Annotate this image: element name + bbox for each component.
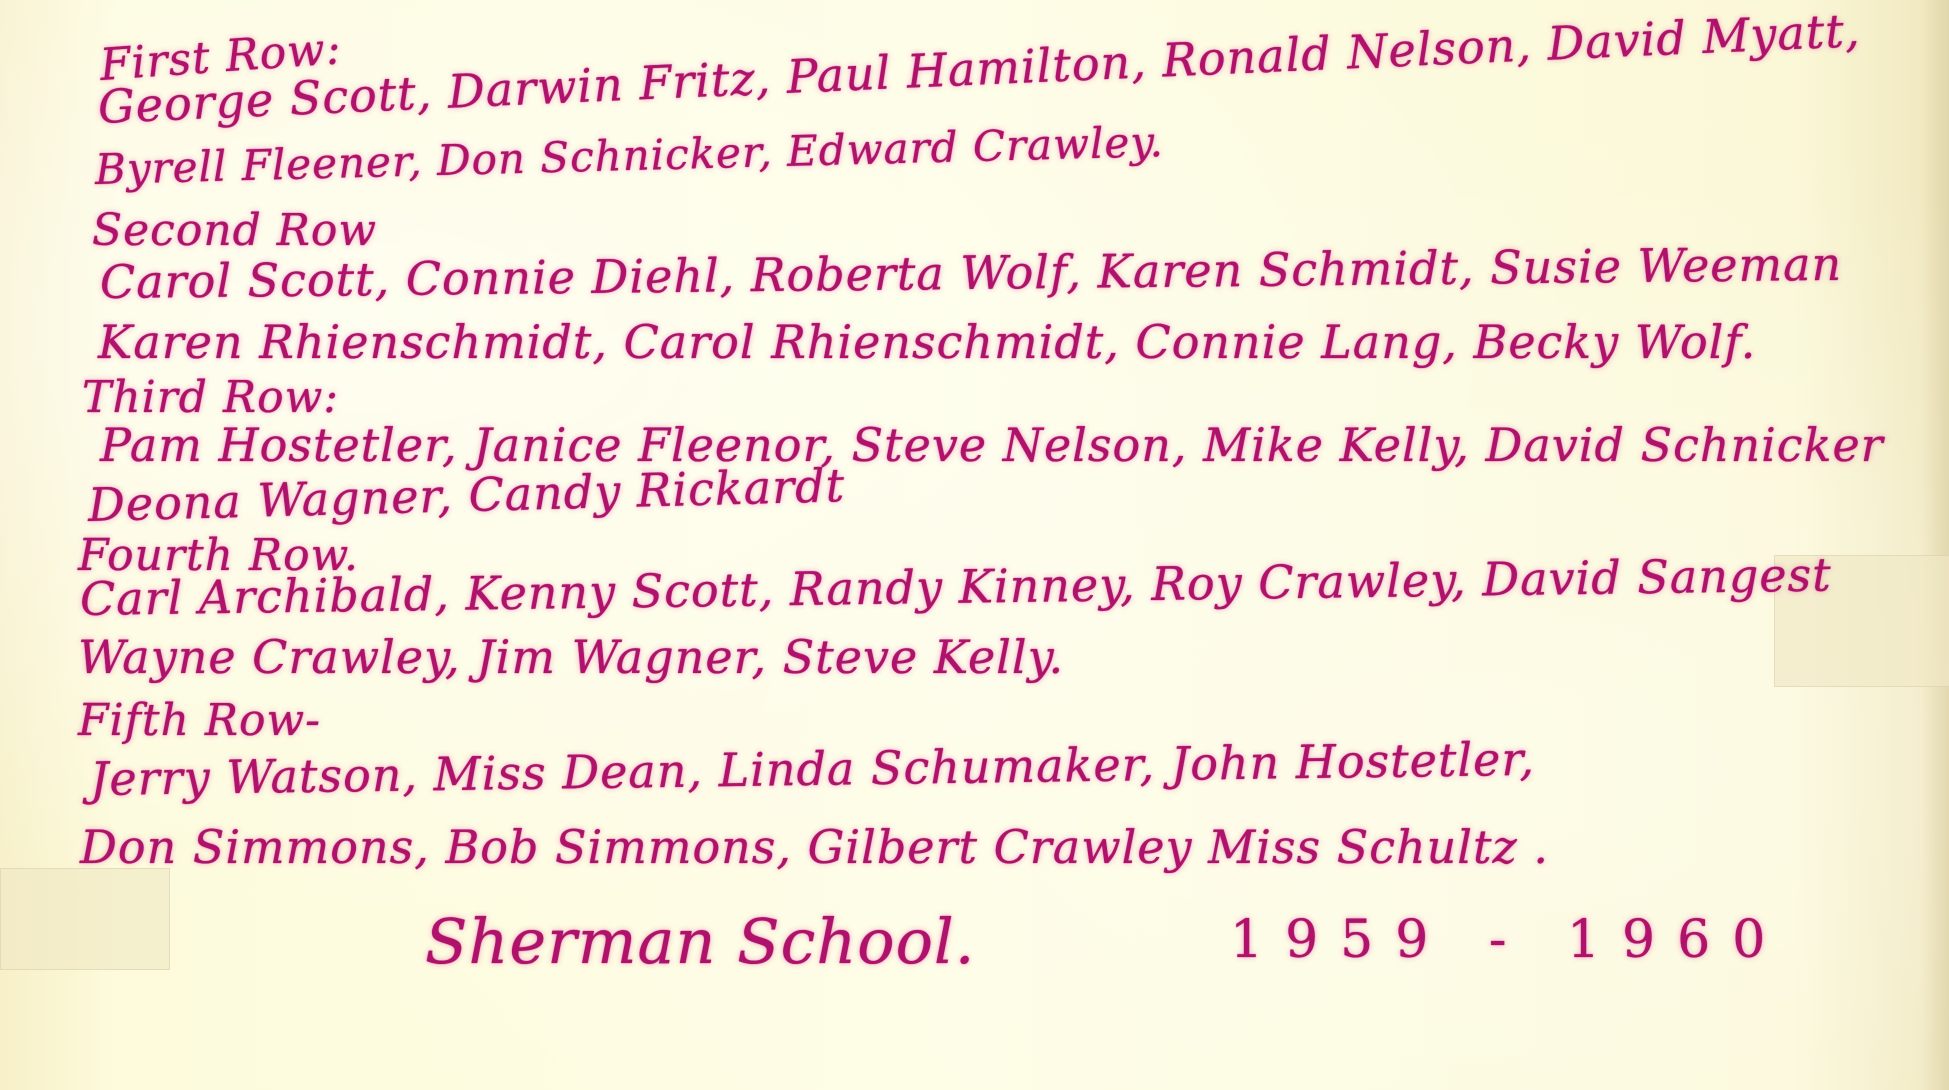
- row-3-heading: Third Row:: [82, 372, 339, 423]
- row-2-heading: Second Row: [92, 205, 377, 256]
- row-5-names-line-2: Don Simmons, Bob Simmons, Gilbert Crawle…: [80, 820, 1549, 874]
- paper-edge-shadow: [1921, 0, 1949, 1090]
- school-name: Sherman School.: [425, 905, 975, 978]
- row-5-heading: Fifth Row-: [78, 695, 321, 746]
- row-4-names-line-2: Wayne Crawley, Jim Wagner, Steve Kelly.: [78, 630, 1064, 684]
- tape-residue-left: [0, 868, 170, 970]
- row-2-names-line-2: Karen Rhienschmidt, Carol Rhienschmidt, …: [98, 315, 1756, 369]
- row-3-names-line-1: Pam Hostetler, Janice Fleenor, Steve Nel…: [100, 418, 1884, 472]
- school-years: 1959 - 1960: [1230, 910, 1787, 970]
